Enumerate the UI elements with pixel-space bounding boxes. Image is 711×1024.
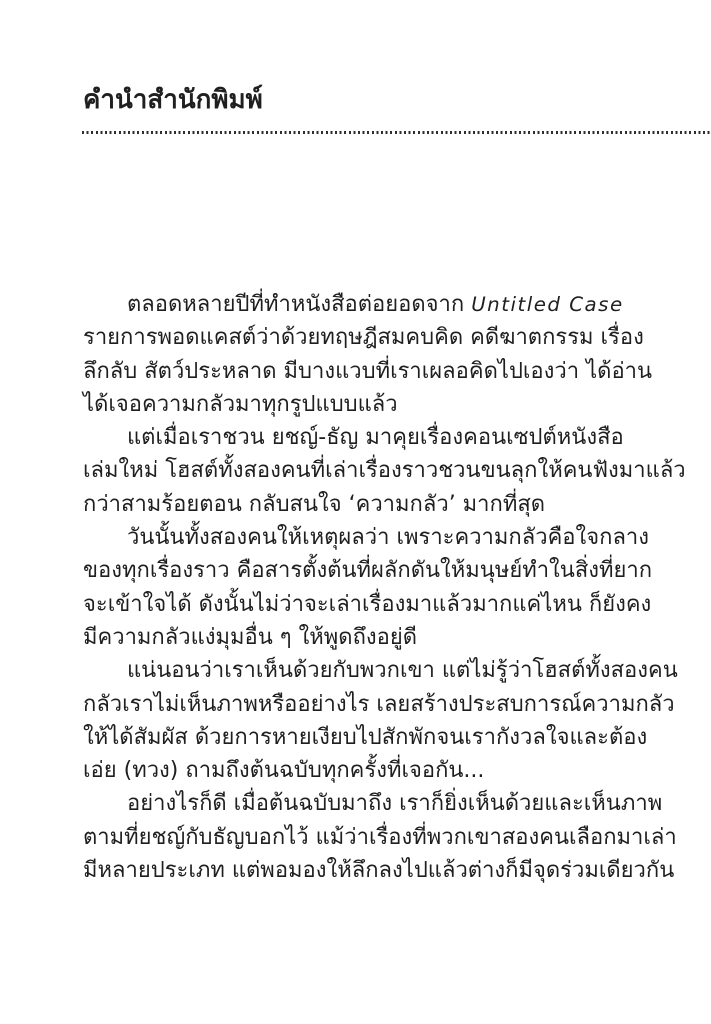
text-line: เล่มใหม่ โฮสต์ทั้งสองคนที่เล่าเรื่องราวช… xyxy=(83,454,622,487)
text-line: อย่างไรก็ดี เมื่อต้นฉบับมาถึง เราก็ยิ่งเ… xyxy=(83,787,622,820)
text-line: แต่เมื่อเราชวน ยชญ์-ธัญ มาคุยเรื่องคอนเซ… xyxy=(83,421,622,454)
text-line: วันนั้นทั้งสองคนให้เหตุผลว่า เพราะความกล… xyxy=(83,521,622,554)
book-page: คำนำสำนักพิมพ์ ตลอดหลายปีที่ทำหนังสือต่อ… xyxy=(0,0,711,1024)
text-line: ให้ได้สัมผัส ด้วยการหายเงียบไปสักพักจนเร… xyxy=(83,721,622,754)
paragraph: แต่เมื่อเราชวน ยชญ์-ธัญ มาคุยเรื่องคอนเซ… xyxy=(83,421,622,521)
text-line: เอ่ย (ทวง) ถามถึงต้นฉบับทุกครั้งที่เจอกั… xyxy=(83,754,622,787)
text-line: ลึกลับ สัตว์ประหลาด มีบางแวบที่เราเผลอคิ… xyxy=(83,355,622,388)
text-line: กว่าสามร้อยตอน กลับสนใจ ‘ความกลัว’ มากที… xyxy=(83,488,622,521)
text-line: มีหลายประเภท แต่พอมองให้ลึกลงไปแล้วต่างก… xyxy=(83,854,622,887)
dotted-divider xyxy=(82,131,711,134)
text-line: กลัวเราไม่เห็นภาพหรืออย่างไร เลยสร้างประ… xyxy=(83,688,622,721)
text-line: ได้เจอความกลัวมาทุกรูปแบบแล้ว xyxy=(83,388,622,421)
paragraph: ตลอดหลายปีที่ทำหนังสือต่อยอดจาก Untitled… xyxy=(83,288,622,421)
text-line: รายการพอดแคสต์ว่าด้วยทฤษฎีสมคบคิด คดีฆาต… xyxy=(83,321,622,354)
text-line: ตามที่ยชญ์กับธัญบอกไว้ แม้ว่าเรื่องที่พว… xyxy=(83,821,622,854)
paragraph: อย่างไรก็ดี เมื่อต้นฉบับมาถึง เราก็ยิ่งเ… xyxy=(83,787,622,887)
text-line: ของทุกเรื่องราว คือสารตั้งต้นที่ผลักดันใ… xyxy=(83,554,622,587)
preface-body: ตลอดหลายปีที่ทำหนังสือต่อยอดจาก Untitled… xyxy=(83,288,622,887)
paragraph: แน่นอนว่าเราเห็นด้วยกับพวกเขา แต่ไม่รู้ว… xyxy=(83,654,622,787)
text-line: แน่นอนว่าเราเห็นด้วยกับพวกเขา แต่ไม่รู้ว… xyxy=(83,654,622,687)
paragraph: วันนั้นทั้งสองคนให้เหตุผลว่า เพราะความกล… xyxy=(83,521,622,654)
text-line: จะเข้าใจได้ ดังนั้นไม่ว่าจะเล่าเรื่องมาแ… xyxy=(83,588,622,621)
text-segment: ตลอดหลายปีที่ทำหนังสือต่อยอดจาก xyxy=(127,292,471,317)
podcast-title-italic: Untitled Case xyxy=(471,293,623,316)
text-line: ตลอดหลายปีที่ทำหนังสือต่อยอดจาก Untitled… xyxy=(83,288,622,321)
page-title: คำนำสำนักพิมพ์ xyxy=(83,84,263,117)
text-line: มีความกลัวแง่มุมอื่น ๆ ให้พูดถึงอยู่ดี xyxy=(83,621,622,654)
